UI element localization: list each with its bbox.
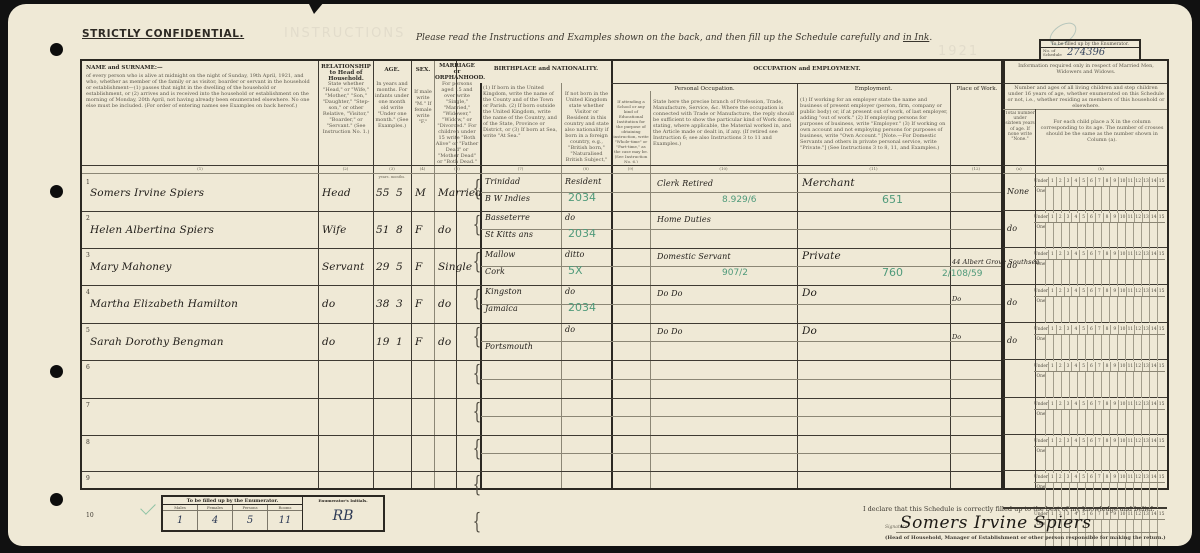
age-boxes: Under One123456789101112131415: [1034, 213, 1165, 249]
age-grid-row: NoneUnder One123456789101112131415: [1003, 175, 1167, 211]
age-checkbox: [1085, 260, 1093, 286]
age-checkbox: [1133, 520, 1141, 546]
census-schedule-page: STRICTLY CONFIDENTIAL. INSTRUCTIONS 1921…: [8, 4, 1192, 546]
cell-place-code: 2/108/59: [942, 269, 982, 279]
age-checkbox: [1125, 410, 1133, 436]
age-grid-row: doUnder One123456789101112131415: [1003, 211, 1167, 248]
age-checkbox: [1125, 223, 1133, 249]
age-checkbox: [1093, 335, 1101, 361]
cell-marriage: do: [438, 336, 451, 348]
header-nationality-text: If not born in the United Kingdom state …: [563, 91, 610, 163]
age-checkbox: [1157, 223, 1165, 249]
age-checkbox: [1117, 372, 1125, 398]
cell-marriage: do: [438, 224, 451, 236]
header-sex-title: SEX.: [412, 67, 434, 73]
cell-personal-occupation: Home Duties: [657, 215, 711, 224]
cell-employment: Do: [802, 325, 817, 337]
cell-birthplace-line2: Jamaica: [485, 304, 518, 313]
header-sex-text: If male write "M." If female write "F.": [412, 89, 434, 159]
age-checkbox: [1157, 372, 1165, 398]
age-checkbox: [1077, 410, 1085, 436]
header-birthplace-title: BIRTHPLACE and NATIONALITY.: [482, 66, 610, 72]
age-checkbox: [1157, 447, 1165, 473]
age-checkbox: [1045, 410, 1053, 436]
age-checkbox: [1053, 297, 1061, 323]
age-checkbox: [1109, 260, 1117, 286]
age-checkbox: [1141, 372, 1149, 398]
cell-relationship: Wife: [322, 224, 346, 236]
header-children-text: Number and ages of all living children a…: [1007, 85, 1165, 109]
age-boxes: Under One123456789101112131415: [1034, 362, 1165, 398]
cell-children-total: do: [1007, 224, 1017, 233]
age-checkbox: [1101, 447, 1109, 473]
cell-birthplace-line1: Kingston: [485, 287, 522, 296]
age-checkbox: [1045, 447, 1053, 473]
age-checkbox: [1034, 297, 1045, 323]
header-name-title: NAME and SURNAME:—: [86, 65, 166, 71]
cell-personal-occupation: Domestic Servant: [657, 252, 731, 261]
header-children-total: Total number under sixteen years of age.…: [1005, 111, 1035, 163]
cell-personal-code: 907/2: [722, 268, 748, 278]
cell-age-years: 51: [376, 224, 390, 236]
age-boxes: Under One123456789101112131415: [1034, 287, 1165, 323]
age-checkbox: [1125, 372, 1133, 398]
header-marriage-text: For persons aged 15 and over write "Sing…: [435, 81, 479, 163]
age-checkbox: [1125, 297, 1133, 323]
age-checkbox: [1053, 410, 1061, 436]
age-checkbox: [1141, 187, 1149, 213]
age-checkbox: [1133, 447, 1141, 473]
signature-caption: (Head of Household, Manager of Establish…: [885, 535, 1166, 541]
age-checkbox: [1141, 297, 1149, 323]
cell-nationality-code: 2034: [568, 191, 596, 204]
cell-children-total: None: [1007, 187, 1029, 196]
age-checkbox: [1157, 520, 1165, 546]
age-checkbox: [1109, 335, 1117, 361]
household-table: NAME and SURNAME:— of every person who i…: [80, 59, 1003, 490]
age-checkbox: [1117, 335, 1125, 361]
row-number: 10: [86, 512, 94, 519]
signature-line: [896, 532, 1158, 533]
page-notch: [308, 4, 324, 14]
age-checkbox: [1085, 297, 1093, 323]
age-checkbox: [1093, 223, 1101, 249]
age-checkbox: [1034, 372, 1045, 398]
age-checkbox: [1069, 410, 1077, 436]
age-checkbox: [1034, 410, 1045, 436]
cell-birthplace-line1: Basseterre: [485, 213, 530, 222]
punch-hole-icon: [50, 185, 63, 198]
age-checkbox: [1077, 335, 1085, 361]
age-checkbox: [1077, 447, 1085, 473]
brace-icon: {: [473, 179, 481, 201]
brace-icon: {: [473, 402, 481, 424]
cell-relationship: Servant: [322, 261, 364, 273]
row-number: 2: [86, 215, 90, 222]
age-checkbox: [1149, 410, 1157, 436]
age-checkbox: [1101, 187, 1109, 213]
age-checkbox: [1117, 223, 1125, 249]
age-checkbox: [1157, 483, 1165, 509]
schedule-number-box: To be filled up by the Enumerator. No. o…: [1039, 39, 1141, 61]
punch-hole-icon: [50, 493, 63, 506]
header-employment-title: Employment.: [798, 86, 949, 92]
row-number: 3: [86, 252, 90, 259]
header-children-each: For each child place a X in the column c…: [1039, 119, 1165, 163]
age-checkbox: [1085, 410, 1093, 436]
age-checkbox: [1133, 260, 1141, 286]
summary-persons: Persons5: [233, 505, 268, 530]
age-checkbox: [1069, 223, 1077, 249]
age-checkbox: [1109, 297, 1117, 323]
row-number: 5: [86, 327, 90, 334]
declaration-text: I declare that this Schedule is correctl…: [863, 505, 1154, 513]
age-grid-row: doUnder One123456789101112131415: [1003, 285, 1167, 323]
enumerator-initials: Enumerator's Initials. RB: [303, 497, 383, 530]
cell-name: Sarah Dorothy Bengman: [90, 336, 224, 348]
cell-employment-code: 760: [882, 266, 903, 279]
age-grid-row: doUnder One123456789101112131415: [1003, 248, 1167, 285]
age-checkbox: [1045, 372, 1053, 398]
age-checkbox: [1053, 223, 1061, 249]
cell-employment: Do: [802, 287, 817, 299]
age-checkbox: [1133, 297, 1141, 323]
age-checkbox: [1133, 372, 1141, 398]
brace-icon: {: [473, 252, 481, 274]
cell-age-years: 19: [376, 336, 390, 348]
brace-icon: {: [473, 512, 481, 534]
cell-nationality: do: [565, 287, 575, 296]
age-checkbox: [1061, 223, 1069, 249]
age-checkbox: [1061, 335, 1069, 361]
brace-icon: {: [473, 327, 481, 349]
cell-sex: F: [415, 224, 422, 236]
age-checkbox: [1093, 297, 1101, 323]
enumerator-summary-box: To be filled up by the Enumerator. Males…: [161, 495, 385, 532]
cell-birthplace-line2: B W Indies: [485, 194, 530, 203]
cell-relationship: Head: [322, 187, 351, 199]
age-checkbox: [1109, 447, 1117, 473]
cell-personal-code: 8.929/6: [722, 195, 757, 205]
row-number: 7: [86, 402, 90, 409]
row-number: 6: [86, 364, 90, 371]
cell-personal-occupation: Do Do: [657, 289, 683, 298]
cell-age-months: 1: [396, 336, 403, 348]
age-checkbox: [1069, 372, 1077, 398]
brace-icon: {: [473, 364, 481, 386]
age-checkbox: [1117, 297, 1125, 323]
age-checkbox: [1149, 520, 1157, 546]
age-checkbox: [1053, 372, 1061, 398]
age-checkbox: [1149, 297, 1157, 323]
age-checkbox: [1077, 260, 1085, 286]
age-checkbox: [1141, 335, 1149, 361]
cell-marriage: Single: [438, 261, 472, 273]
summary-males: Males1: [163, 505, 198, 530]
cell-relationship: do: [322, 336, 335, 348]
age-checkbox: [1133, 187, 1141, 213]
punch-hole-icon: [50, 365, 63, 378]
punch-hole-icon: [50, 43, 63, 56]
age-checkbox: [1141, 410, 1149, 436]
age-checkbox: [1053, 260, 1061, 286]
cell-employment-code: 651: [882, 193, 903, 206]
age-checkbox: [1109, 372, 1117, 398]
age-boxes: Under One123456789101112131415: [1034, 437, 1165, 473]
age-checkbox: [1125, 260, 1133, 286]
cell-personal-occupation: Do Do: [657, 327, 683, 336]
brace-icon: {: [473, 439, 481, 461]
age-grid-row: Under One123456789101112131415: [1003, 471, 1167, 508]
cell-nationality-code: 5X: [568, 264, 583, 277]
age-checkbox: [1093, 372, 1101, 398]
age-checkbox: [1034, 260, 1045, 286]
age-checkbox: [1149, 223, 1157, 249]
age-checkbox: [1093, 410, 1101, 436]
age-checkbox: [1109, 410, 1117, 436]
age-checkbox: [1053, 187, 1061, 213]
age-checkbox: [1069, 335, 1077, 361]
brace-icon: {: [473, 289, 481, 311]
age-grid-row: Under One123456789101112131415: [1003, 435, 1167, 471]
age-checkbox: [1141, 520, 1149, 546]
cell-sex: F: [415, 336, 422, 348]
cell-employment: Merchant: [802, 177, 855, 189]
age-checkbox: [1157, 260, 1165, 286]
bleed-through-text: INSTRUCTIONS: [284, 26, 405, 41]
age-checkbox: [1085, 187, 1093, 213]
cell-place-of-work: Do: [952, 333, 961, 341]
age-checkbox: [1085, 223, 1093, 249]
header-employment-text: (1) If working for an employer state the…: [800, 97, 948, 163]
age-checkbox: [1077, 223, 1085, 249]
age-checkbox: [1045, 223, 1053, 249]
cell-name: Mary Mahoney: [90, 261, 172, 273]
cell-age-years: 55: [376, 187, 390, 199]
summary-rooms: Rooms11: [268, 505, 302, 530]
cell-children-total: do: [1007, 298, 1017, 307]
header-occupation-title: OCCUPATION and EMPLOYMENT.: [613, 66, 1001, 72]
age-checkbox: [1034, 223, 1045, 249]
age-checkbox: [1117, 410, 1125, 436]
cell-birthplace-line2: Cork: [485, 267, 505, 276]
cell-nationality-code: 2034: [568, 227, 596, 240]
cell-employment: Private: [802, 250, 841, 262]
age-checkbox: [1053, 447, 1061, 473]
row-number: 4: [86, 289, 90, 296]
brace-icon: {: [473, 215, 481, 237]
cell-age-years: 29: [376, 261, 390, 273]
age-checkbox: [1149, 447, 1157, 473]
row-number: 8: [86, 439, 90, 446]
cell-birthplace-line2: Portsmouth: [485, 342, 533, 351]
cell-children-total: do: [1007, 336, 1017, 345]
age-checkbox: [1061, 410, 1069, 436]
age-checkbox: [1034, 335, 1045, 361]
age-checkbox: [1101, 410, 1109, 436]
cell-nationality: do: [565, 213, 575, 222]
header-place-title: Place of Work.: [951, 86, 1003, 92]
age-checkbox: [1117, 260, 1125, 286]
age-boxes: Under One123456789101112131415: [1034, 473, 1165, 509]
age-checkbox: [1157, 335, 1165, 361]
age-checkbox: [1085, 372, 1093, 398]
age-checkbox: [1149, 335, 1157, 361]
age-checkbox: [1149, 260, 1157, 286]
age-boxes: Under One123456789101112131415: [1034, 400, 1165, 436]
age-grid-row: doUnder One123456789101112131415: [1003, 323, 1167, 360]
age-checkbox: [1093, 520, 1101, 546]
bleed-through-text: 1921: [938, 44, 979, 59]
cell-sex: M: [415, 187, 426, 199]
age-boxes: Under One123456789101112131415: [1034, 177, 1165, 213]
age-checkbox: [1061, 372, 1069, 398]
age-checkbox: [1061, 187, 1069, 213]
age-checkbox: [1149, 187, 1157, 213]
age-checkbox: [1125, 187, 1133, 213]
cell-birthplace-line1: Trinidad: [485, 177, 520, 186]
cell-relationship: do: [322, 298, 335, 310]
age-grid-row: Under One123456789101112131415: [1003, 360, 1167, 398]
signature: Somers Irvine Spiers: [900, 513, 1092, 533]
age-checkbox: [1101, 223, 1109, 249]
cell-name: Martha Elizabeth Hamilton: [90, 298, 238, 310]
age-checkbox: [1069, 447, 1077, 473]
row-number: 9: [86, 475, 90, 482]
cell-sex: F: [415, 298, 422, 310]
age-checkbox: [1141, 260, 1149, 286]
summary-females: Females4: [198, 505, 233, 530]
age-checkbox: [1045, 187, 1053, 213]
age-checkbox: [1061, 447, 1069, 473]
age-checkbox: [1125, 335, 1133, 361]
age-checkbox: [1141, 223, 1149, 249]
cell-nationality-code: 2034: [568, 301, 596, 314]
cell-personal-occupation: Clerk Retired: [657, 179, 713, 188]
instructions-line: Please read the Instructions and Example…: [416, 33, 932, 43]
cell-children-total: do: [1007, 261, 1017, 270]
age-checkbox: [1133, 410, 1141, 436]
age-boxes: Under One123456789101112131415: [1034, 250, 1165, 286]
cell-nationality: Resident: [565, 177, 601, 186]
age-checkbox: [1045, 335, 1053, 361]
age-checkbox: [1085, 447, 1093, 473]
cell-age-years: 38: [376, 298, 390, 310]
header-age-text: In years and months. For infants under o…: [374, 81, 410, 163]
age-checkbox: [1069, 187, 1077, 213]
cell-nationality: ditto: [565, 250, 584, 259]
header-name-text: of every person who is alive at midnight…: [86, 73, 314, 161]
cell-age-months: 5: [396, 261, 403, 273]
cell-place-of-work: Do: [952, 295, 961, 303]
age-checkbox: [1034, 187, 1045, 213]
cell-age-months: 3: [396, 298, 403, 310]
age-checkbox: [1101, 520, 1109, 546]
age-checkbox: [1141, 447, 1149, 473]
age-boxes: Under One123456789101112131415: [1034, 325, 1165, 361]
age-checkbox: [1034, 447, 1045, 473]
age-checkbox: [1117, 520, 1125, 546]
age-checkbox: [1157, 297, 1165, 323]
age-checkbox: [1061, 297, 1069, 323]
header-relationship-title: RELATIONSHIP to Head of Household.: [320, 64, 372, 82]
age-checkbox: [1109, 223, 1117, 249]
header-children-title: Information required only in respect of …: [1007, 63, 1165, 83]
header-marriage-title: MARRIAGE or ORPHANHOOD.: [435, 63, 479, 81]
age-checkbox: [1133, 335, 1141, 361]
age-checkbox: [1157, 187, 1165, 213]
header-personal-text: State here the precise branch of Profess…: [653, 99, 795, 163]
age-checkbox: [1101, 260, 1109, 286]
age-checkbox: [1093, 447, 1101, 473]
cell-birthplace-line1: Mallow: [485, 250, 515, 259]
age-grid-row: Under One123456789101112131415: [1003, 398, 1167, 435]
age-checkbox: [1109, 520, 1117, 546]
age-checkbox: [1101, 372, 1109, 398]
age-checkbox: [1125, 520, 1133, 546]
header-school-text: If attending a School or any kind of Edu…: [613, 99, 649, 163]
age-checkbox: [1069, 297, 1077, 323]
age-checkbox: [1093, 260, 1101, 286]
age-checkbox: [1053, 335, 1061, 361]
age-checkbox: [1157, 410, 1165, 436]
row-number: 1: [86, 179, 90, 186]
age-checkbox: [1133, 223, 1141, 249]
age-checkbox: [1077, 372, 1085, 398]
age-checkbox: [1085, 335, 1093, 361]
children-table: Information required only in respect of …: [1003, 59, 1169, 490]
cell-marriage: do: [438, 298, 451, 310]
schedule-number: 274396: [1067, 47, 1105, 58]
cell-nationality: do: [565, 325, 575, 334]
age-checkbox: [1149, 372, 1157, 398]
green-check-mark: [140, 499, 156, 515]
age-checkbox: [1077, 297, 1085, 323]
age-checkbox: [1117, 187, 1125, 213]
cell-name: Somers Irvine Spiers: [90, 187, 204, 199]
header-relationship-text: State whether "Head," or "Wife," "Mother…: [320, 81, 372, 163]
age-checkbox: [1125, 447, 1133, 473]
age-checkbox: [1101, 335, 1109, 361]
age-checkbox: [1045, 297, 1053, 323]
age-checkbox: [1069, 260, 1077, 286]
age-checkbox: [1077, 187, 1085, 213]
cell-age-months: 8: [396, 224, 403, 236]
cell-sex: F: [415, 261, 422, 273]
header-age-title: AGE.: [374, 67, 410, 73]
age-checkbox: [1117, 447, 1125, 473]
brace-icon: {: [473, 475, 481, 497]
age-checkbox: [1061, 260, 1069, 286]
cell-birthplace-line2: St Kitts ans: [485, 230, 533, 239]
header-personal-title: Personal Occupation.: [613, 86, 796, 92]
confidential-heading: STRICTLY CONFIDENTIAL.: [82, 28, 244, 40]
cell-age-months: 5: [396, 187, 403, 199]
age-checkbox: [1109, 187, 1117, 213]
age-checkbox: [1045, 260, 1053, 286]
age-checkbox: [1101, 297, 1109, 323]
header-birthplace-text: (1) If born in the United Kingdom, write…: [483, 85, 559, 163]
age-checkbox: [1093, 187, 1101, 213]
cell-name: Helen Albertina Spiers: [90, 224, 214, 236]
